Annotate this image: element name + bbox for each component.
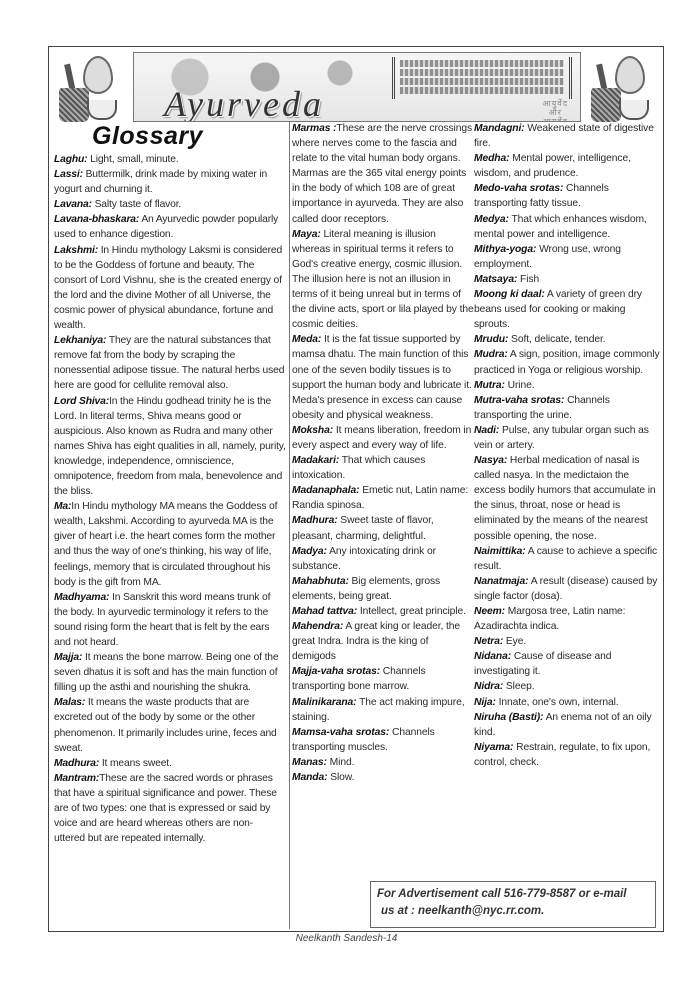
- glossary-entry: Madhura: It means sweet.: [54, 756, 286, 771]
- glossary-term: Madya:: [292, 546, 327, 557]
- glossary-term: Malas:: [54, 697, 85, 708]
- glossary-entry: Lassi: Buttermilk, drink made by mixing …: [54, 167, 286, 197]
- glossary-term: Madhura:: [292, 515, 338, 526]
- glossary-definition: It is the fat tissue supported by mamsa …: [292, 334, 472, 420]
- glossary-entry: Madakari: That which causes intoxication…: [292, 453, 474, 483]
- glossary-definition: It means the bone marrow. Being one of t…: [54, 652, 278, 693]
- glossary-term: Lavana-bhaskara:: [54, 214, 139, 225]
- glossary-entry: Majja-vaha srotas: Channels transporting…: [292, 664, 474, 694]
- glossary-entry: Nadi: Pulse, any tubular organ such as v…: [474, 423, 660, 453]
- glossary-term: Manas:: [292, 757, 327, 768]
- glossary-term: Lassi:: [54, 169, 83, 180]
- glossary-entry: Nasya: Herbal medication of nasal is cal…: [474, 453, 660, 544]
- glossary-entry: Mahabhuta: Big elements, gross elements,…: [292, 574, 474, 604]
- page-footer: Neelkanth Sandesh-14: [0, 933, 693, 944]
- glossary-entry: Mutra: Urine.: [474, 378, 660, 393]
- glossary-term: Nanatmaja:: [474, 576, 529, 587]
- glossary-entry: Medya: That which enhances wisdom, menta…: [474, 212, 660, 242]
- glossary-term: Meda:: [292, 334, 321, 345]
- glossary-term: Medya:: [474, 214, 509, 225]
- glossary-entry: Lakshmi: In Hindu mythology Laksmi is co…: [54, 243, 286, 334]
- glossary-definition: In the Hindu godhead trinity he is the L…: [54, 396, 286, 498]
- glossary-entry: Laghu: Light, small, minute.: [54, 152, 286, 167]
- advertisement-box: For Advertisement call 516-779-8587 or e…: [370, 881, 656, 928]
- glossary-definition: In Hindu mythology Laksmi is considered …: [54, 245, 282, 331]
- glossary-term: Nija:: [474, 697, 496, 708]
- banner-image: Ayurveda आयुर्वेद और आयुर्वेद: [133, 52, 581, 122]
- glossary-term: Madhura:: [54, 758, 99, 769]
- glossary-term: Lakshmi:: [54, 245, 98, 256]
- glossary-term: Mahabhuta:: [292, 576, 349, 587]
- glossary-term: Nadi:: [474, 425, 499, 436]
- glossary-term: Lord Shiva:: [54, 396, 109, 407]
- glossary-term: Mamsa-vaha srotas:: [292, 727, 389, 738]
- glossary-term: Lavana:: [54, 199, 92, 210]
- glossary-term: Majja-vaha srotas:: [292, 666, 380, 677]
- glossary-definition: Eye.: [503, 636, 526, 647]
- glossary-term: Nidana:: [474, 651, 511, 662]
- glossary-entry: Malas: It means the waste products that …: [54, 695, 286, 755]
- glossary-entry: Neem: Margosa tree, Latin name: Azadirac…: [474, 604, 660, 634]
- banner-title: Ayurveda: [164, 83, 324, 122]
- glossary-definition: Innate, one's own, internal.: [496, 697, 619, 708]
- herbal-mortar-pestle-icon: [53, 54, 127, 122]
- sanskrit-verse: [392, 57, 572, 99]
- glossary-entry: Lavana: Salty taste of flavor.: [54, 197, 286, 212]
- glossary-entry: Nanatmaja: A result (disease) caused by …: [474, 574, 660, 604]
- glossary-entry: Ma:In Hindu mythology MA means the Godde…: [54, 499, 286, 590]
- ayurveda-banner: Ayurveda आयुर्वेद और आयुर्वेद: [53, 52, 659, 122]
- glossary-entry: Mudra: A sign, position, image commonly …: [474, 347, 660, 377]
- glossary-definition: Buttermilk, drink made by mixing water i…: [54, 169, 267, 195]
- glossary-entry: Mahad tattva: Intellect, great principle…: [292, 604, 474, 619]
- glossary-entry: Lavana-bhaskara: An Ayurvedic powder pop…: [54, 212, 286, 242]
- glossary-entry: Majja: It means the bone marrow. Being o…: [54, 650, 286, 695]
- advertisement-line-1: For Advertisement call 516-779-8587 or e…: [377, 886, 649, 903]
- glossary-term: Mithya-yoga:: [474, 244, 536, 255]
- glossary-term: Niyama:: [474, 742, 513, 753]
- glossary-entry: Mandagni: Weakened state of digestive fi…: [474, 121, 660, 151]
- glossary-term: Ma:: [54, 501, 71, 512]
- glossary-definition: Salty taste of flavor.: [92, 199, 181, 210]
- glossary-term: Mutra-vaha srotas:: [474, 395, 564, 406]
- glossary-definition: Pulse, any tubular organ such as vein or…: [474, 425, 649, 451]
- glossary-title: Glossary: [92, 122, 203, 151]
- glossary-definition: Fish: [517, 274, 539, 285]
- glossary-term: Malinikarana:: [292, 697, 357, 708]
- glossary-term: Nasya:: [474, 455, 507, 466]
- glossary-definition: Mind.: [327, 757, 354, 768]
- glossary-column-3: Mandagni: Weakened state of digestive fi…: [474, 121, 660, 770]
- glossary-definition: Herbal medication of nasal is called nas…: [474, 455, 656, 541]
- glossary-entry: Maya: Literal meaning is illusion wherea…: [292, 227, 474, 333]
- glossary-term: Laghu:: [54, 154, 87, 165]
- glossary-entry: Moksha: It means liberation, freedom in …: [292, 423, 474, 453]
- glossary-entry: Mantram:These are the sacred words or ph…: [54, 771, 286, 846]
- glossary-definition: Sleep.: [503, 681, 534, 692]
- advertisement-line-2: us at : neelkanth@nyc.rr.com.: [377, 903, 649, 920]
- devanagari-caption: आयुर्वेद और आयुर्वेद: [542, 99, 568, 122]
- glossary-column-1: Laghu: Light, small, minute.Lassi: Butte…: [54, 152, 286, 846]
- glossary-entry: Niruha (Basti): An enema not of an oily …: [474, 710, 660, 740]
- glossary-column-2: Marmas :These are the nerve crossings wh…: [289, 121, 474, 929]
- glossary-entry: Lekhaniya: They are the natural substanc…: [54, 333, 286, 393]
- glossary-term: Medha:: [474, 153, 509, 164]
- glossary-term: Mantram:: [54, 773, 99, 784]
- glossary-entry: Meda: It is the fat tissue supported by …: [292, 332, 474, 423]
- glossary-definition: Intellect, great principle.: [357, 606, 466, 617]
- glossary-term: Medo-vaha srotas:: [474, 183, 563, 194]
- glossary-entry: Nidana: Cause of disease and investigati…: [474, 649, 660, 679]
- glossary-definition: Slow.: [327, 772, 354, 783]
- glossary-term: Moong ki daal:: [474, 289, 545, 300]
- glossary-term: Maya:: [292, 229, 321, 240]
- glossary-entry: Madhura: Sweet taste of flavor, pleasant…: [292, 513, 474, 543]
- glossary-term: Madanaphala:: [292, 485, 359, 496]
- glossary-definition: Literal meaning is illusion whereas in s…: [292, 229, 474, 331]
- glossary-entry: Medo-vaha srotas: Channels transporting …: [474, 181, 660, 211]
- glossary-entry: Niyama: Restrain, regulate, to fix upon,…: [474, 740, 660, 770]
- glossary-term: Nidra:: [474, 681, 503, 692]
- glossary-term: Mutra:: [474, 380, 505, 391]
- glossary-entry: Nidra: Sleep.: [474, 679, 660, 694]
- glossary-entry: Matsaya: Fish: [474, 272, 660, 287]
- herbal-mortar-pestle-icon: [585, 54, 659, 122]
- glossary-entry: Lord Shiva:In the Hindu godhead trinity …: [54, 394, 286, 500]
- glossary-entry: Mithya-yoga: Wrong use, wrong employment…: [474, 242, 660, 272]
- glossary-term: Mrudu:: [474, 334, 508, 345]
- glossary-entry: Madanaphala: Emetic nut, Latin name: Ran…: [292, 483, 474, 513]
- glossary-term: Mandagni:: [474, 123, 525, 134]
- glossary-entry: Mrudu: Soft, delicate, tender.: [474, 332, 660, 347]
- glossary-term: Lekhaniya:: [54, 335, 106, 346]
- glossary-definition: It means sweet.: [99, 758, 172, 769]
- glossary-term: Moksha:: [292, 425, 333, 436]
- glossary-definition: Light, small, minute.: [87, 154, 178, 165]
- glossary-term: Madakari:: [292, 455, 339, 466]
- glossary-term: Matsaya:: [474, 274, 517, 285]
- glossary-entry: Mahendra: A great king or leader, the gr…: [292, 619, 474, 664]
- glossary-entry: Mamsa-vaha srotas: Channels transporting…: [292, 725, 474, 755]
- glossary-entry: Marmas :These are the nerve crossings wh…: [292, 121, 474, 227]
- glossary-term: Mahendra:: [292, 621, 343, 632]
- glossary-term: Majja:: [54, 652, 82, 663]
- glossary-entry: Manda: Slow.: [292, 770, 474, 785]
- glossary-entry: Moong ki daal: A variety of green dry be…: [474, 287, 660, 332]
- glossary-term: Marmas :: [292, 123, 336, 134]
- glossary-entry: Netra: Eye.: [474, 634, 660, 649]
- glossary-term: Netra:: [474, 636, 503, 647]
- glossary-term: Naimittika:: [474, 546, 526, 557]
- glossary-entry: Medha: Mental power, intelligence, wisdo…: [474, 151, 660, 181]
- glossary-entry: Manas: Mind.: [292, 755, 474, 770]
- glossary-definition: These are the nerve crossings where nerv…: [292, 123, 472, 225]
- glossary-entry: Malinikarana: The act making impure, sta…: [292, 695, 474, 725]
- glossary-entry: Naimittika: A cause to achieve a specifi…: [474, 544, 660, 574]
- glossary-definition: Urine.: [505, 380, 535, 391]
- glossary-entry: Nija: Innate, one's own, internal.: [474, 695, 660, 710]
- glossary-term: Manda:: [292, 772, 327, 783]
- glossary-entry: Mutra-vaha srotas: Channels transporting…: [474, 393, 660, 423]
- glossary-entry: Madya: Any intoxicating drink or substan…: [292, 544, 474, 574]
- glossary-term: Mudra:: [474, 349, 508, 360]
- glossary-definition: It means the waste products that are exc…: [54, 697, 277, 753]
- glossary-term: Neem:: [474, 606, 505, 617]
- glossary-definition: In Hindu mythology MA means the Goddess …: [54, 501, 277, 587]
- glossary-term: Madhyama:: [54, 592, 109, 603]
- glossary-entry: Madhyama: In Sanskrit this word means tr…: [54, 590, 286, 650]
- glossary-term: Niruha (Basti):: [474, 712, 543, 723]
- glossary-definition: Soft, delicate, tender.: [508, 334, 605, 345]
- glossary-term: Mahad tattva:: [292, 606, 357, 617]
